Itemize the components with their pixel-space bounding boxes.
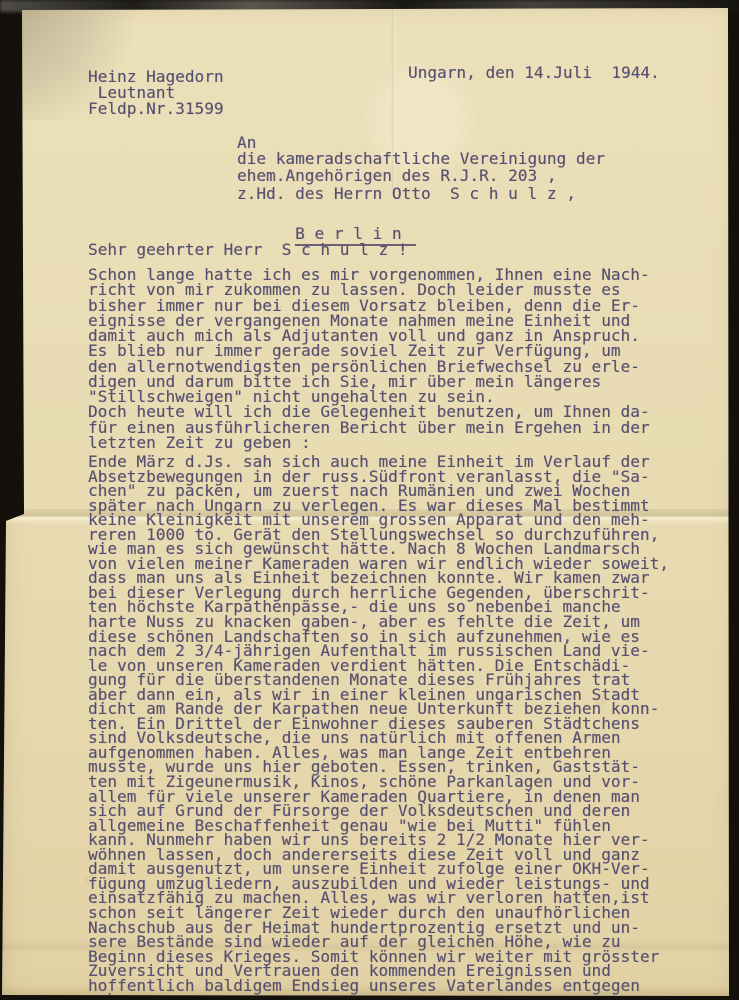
sender-block: Heinz Hagedorn LeutnantFeldp.Nr.31599	[88, 69, 224, 117]
letter-body-paragraph-2: Ende März d.Js. sah sich auch meine Einh…	[88, 455, 669, 1000]
typed-line: Feldp.Nr.31599	[88, 101, 224, 117]
typed-line: ehem.Angehörigen des R.J.R. 203 ,	[237, 167, 605, 184]
typed-line: letzten Zeit zu geben :	[88, 435, 650, 450]
salutation: Sehr geehrter Herr S c h u l z !	[88, 240, 408, 259]
recipient-block: die kameradschaftliche Vereinigung dereh…	[237, 150, 605, 202]
letter-body-paragraph-1: Schon lange hatte ich es mir vorgenommen…	[88, 267, 650, 450]
scanned-letter-photo: Heinz Hagedorn LeutnantFeldp.Nr.31599 Un…	[0, 0, 739, 1000]
letter-paper: Heinz Hagedorn LeutnantFeldp.Nr.31599 Un…	[0, 0, 739, 1000]
dateline: Ungarn, den 14.Juli 1944.	[408, 63, 660, 82]
typed-line: die kameradschaftliche Vereinigung der	[237, 150, 605, 167]
typed-line: z.Hd. des Herrn Otto S c h u l z ,	[237, 185, 605, 202]
typed-line: hoffentlich baldigem Endsieg unseres Vat…	[88, 979, 669, 994]
